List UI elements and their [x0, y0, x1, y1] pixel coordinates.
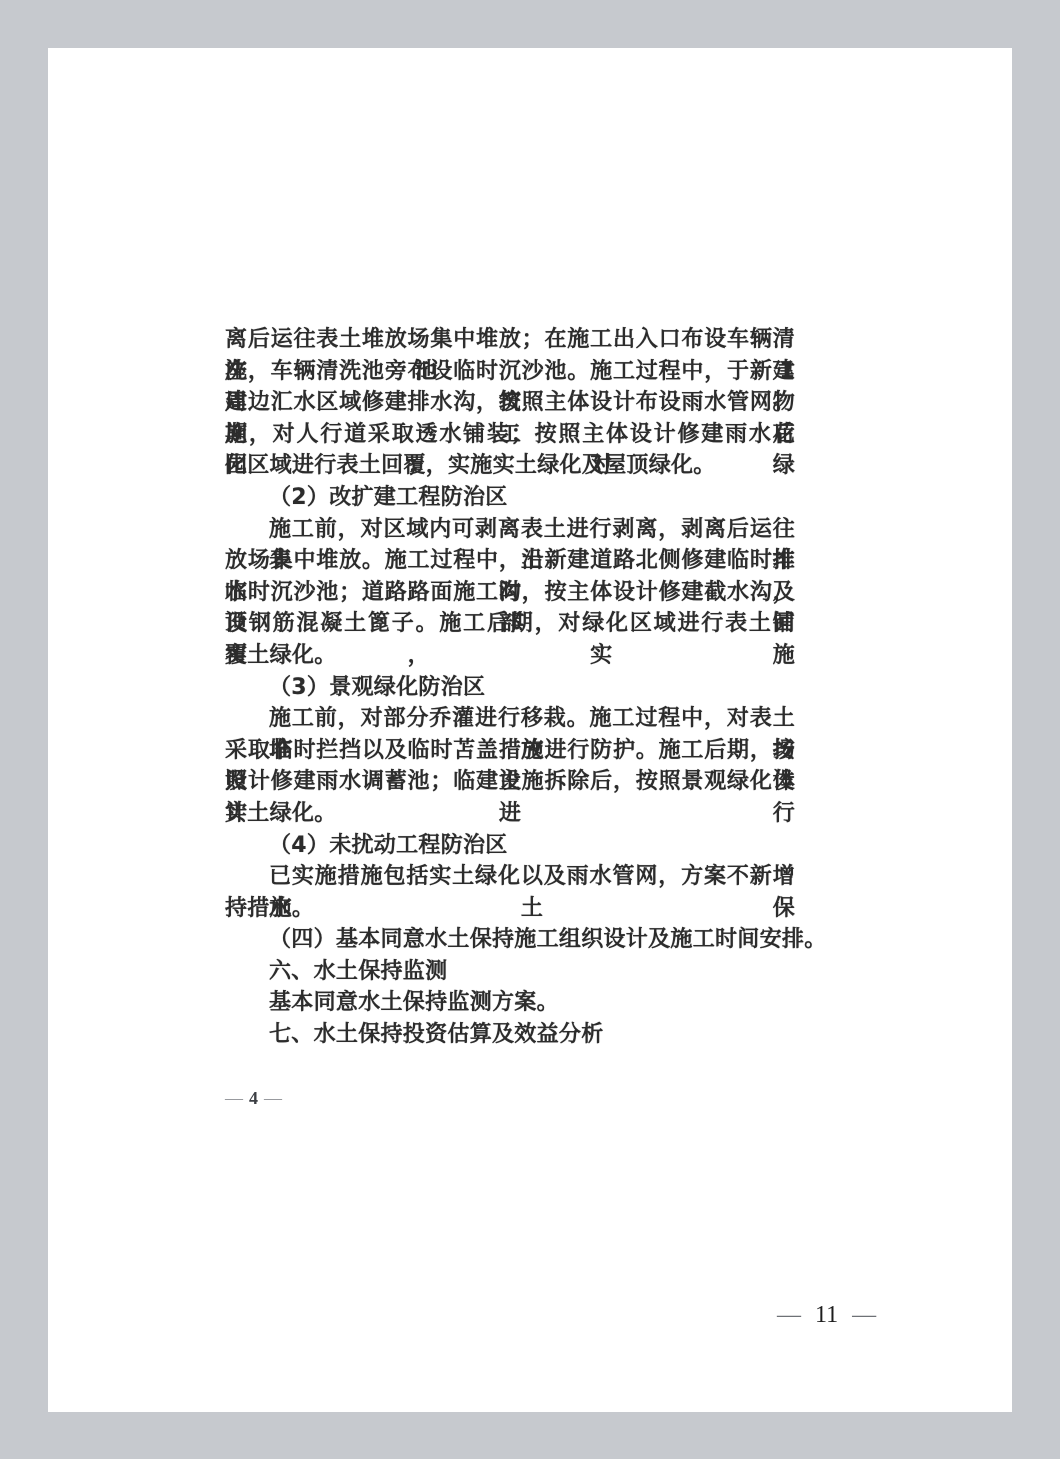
text-line: （4）未扰动工程防治区 [225, 830, 795, 862]
page-number-dash: — [225, 1088, 243, 1109]
page-number-dash: — [852, 1302, 876, 1329]
text-line: 六、水土保持监测 [225, 956, 795, 988]
text-line: 七、水土保持投资估算及效益分析 [225, 1019, 795, 1051]
text-line: 临时沉沙池；道路路面施工时，按主体设计修建截水沟，顶部铺 [225, 577, 795, 609]
text-line: 设钢筋混凝土篦子。施工后期，对绿化区域进行表土回覆，实施 [225, 608, 795, 640]
text-line: 周边汇水区域修建排水沟，按照主体设计布设雨水管网。施工后 [225, 387, 795, 419]
text-line: 施工前，对区域内可剥离表土进行剥离，剥离后运往表土堆 [225, 514, 795, 546]
page-number-dash: — [777, 1302, 801, 1329]
text-line: 施工前，对部分乔灌进行移栽。施工过程中，对表土堆放场 [225, 703, 795, 735]
document-page: 离后运往表土堆放场集中堆放；在施工出入口布设车辆清洗池 1座，车辆清洗池旁布设临… [48, 48, 1012, 1412]
text-line: （3）景观绿化防治区 [225, 672, 795, 704]
text-line: 放场集中堆放。施工过程中，沿新建道路北侧修建临时排水沟及 [225, 545, 795, 577]
text-line: 设计修建雨水调蓄池；临建设施拆除后，按照景观绿化设计进行 [225, 766, 795, 798]
text-line: 期，对人行道采取透水铺装；按照主体设计修建雨水花园；对绿 [225, 419, 795, 451]
outer-page-number: — 11 — [777, 1302, 876, 1329]
text-line: 基本同意水土保持监测方案。 [225, 987, 795, 1019]
desktop-background: { "app": { "background_color": "#c6c9ce"… [0, 0, 1060, 1459]
text-line: 已实施措施包括实土绿化以及雨水管网，方案不新增水土保 [225, 861, 795, 893]
text-line: （2）改扩建工程防治区 [225, 482, 795, 514]
text-line: 座，车辆清洗池旁布设临时沉沙池。施工过程中，于新建建筑物 [225, 356, 795, 388]
inner-page-number-value: 4 [249, 1088, 258, 1109]
inner-page-number: — 4 — [225, 1088, 282, 1109]
text-line: （四）基本同意水土保持施工组织设计及施工时间安排。 [225, 924, 795, 956]
outer-page-number-value: 11 [815, 1302, 838, 1329]
text-line: 采取临时拦挡以及临时苫盖措施进行防护。施工后期，按照主体 [225, 735, 795, 767]
page-number-dash: — [264, 1088, 282, 1109]
text-line: 化区域进行表土回覆，实施实土绿化及屋顶绿化。 [225, 450, 795, 482]
text-block: 离后运往表土堆放场集中堆放；在施工出入口布设车辆清洗池 1座，车辆清洗池旁布设临… [225, 324, 795, 1051]
text-line: 离后运往表土堆放场集中堆放；在施工出入口布设车辆清洗池 1 [225, 324, 795, 356]
